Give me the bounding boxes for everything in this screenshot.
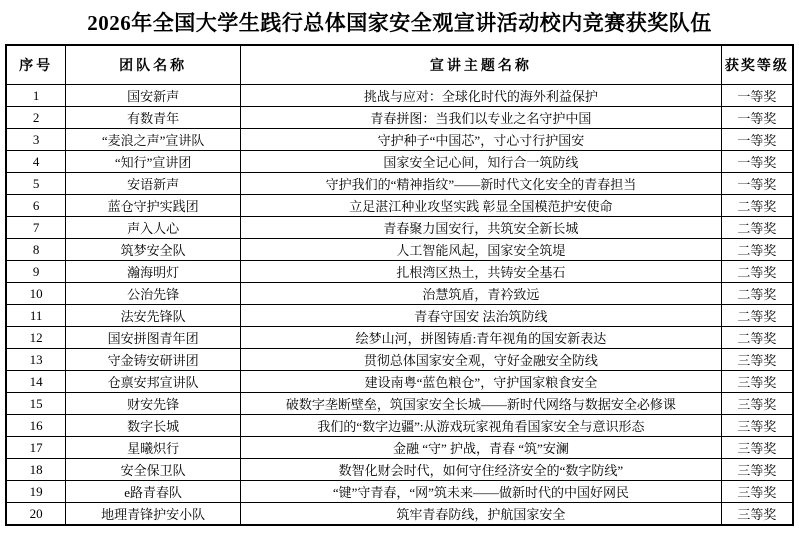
cell-team-name: 星曦炽行 xyxy=(66,437,241,459)
cell-serial-number: 4 xyxy=(6,151,66,173)
cell-award-level: 二等奖 xyxy=(721,283,793,305)
cell-serial-number: 3 xyxy=(6,129,66,151)
cell-team-name: 财安先锋 xyxy=(66,393,241,415)
cell-serial-number: 18 xyxy=(6,459,66,481)
cell-serial-number: 17 xyxy=(6,437,66,459)
table-body: 1国安新声挑战与应对：全球化时代的海外利益保护一等奖2有数青年青春拼图：当我们以… xyxy=(6,85,793,526)
page-title: 2026年全国大学生践行总体国家安全观宣讲活动校内竞赛获奖队伍 xyxy=(5,2,794,44)
cell-topic-name: 立足湛江种业攻坚实践 彰显全国模范护安使命 xyxy=(241,195,722,217)
cell-award-level: 一等奖 xyxy=(721,173,793,195)
cell-team-name: 国安拼图青年团 xyxy=(66,327,241,349)
cell-serial-number: 6 xyxy=(6,195,66,217)
cell-topic-name: “键”守青春，“网”筑未来——做新时代的中国好网民 xyxy=(241,481,722,503)
cell-serial-number: 5 xyxy=(6,173,66,195)
cell-topic-name: 治慧筑盾，青衿致远 xyxy=(241,283,722,305)
table-row: 7声入人心青春聚力国安行，共筑安全新长城二等奖 xyxy=(6,217,793,239)
cell-topic-name: 青春聚力国安行，共筑安全新长城 xyxy=(241,217,722,239)
cell-serial-number: 15 xyxy=(6,393,66,415)
cell-award-level: 三等奖 xyxy=(721,437,793,459)
cell-award-level: 二等奖 xyxy=(721,261,793,283)
cell-team-name: 国安新声 xyxy=(66,85,241,107)
table-row: 20地理青锋护安小队筑牢青春防线，护航国家安全三等奖 xyxy=(6,503,793,526)
table-row: 2有数青年青春拼图：当我们以专业之名守护中国一等奖 xyxy=(6,107,793,129)
cell-topic-name: 绘梦山河，拼图铸盾:青年视角的国安新表达 xyxy=(241,327,722,349)
cell-team-name: 数字长城 xyxy=(66,415,241,437)
cell-serial-number: 19 xyxy=(6,481,66,503)
cell-serial-number: 1 xyxy=(6,85,66,107)
cell-topic-name: 挑战与应对：全球化时代的海外利益保护 xyxy=(241,85,722,107)
cell-team-name: 蓝仓守护实践团 xyxy=(66,195,241,217)
cell-team-name: 有数青年 xyxy=(66,107,241,129)
cell-team-name: 法安先锋队 xyxy=(66,305,241,327)
cell-serial-number: 13 xyxy=(6,349,66,371)
col-header-team-name: 团队名称 xyxy=(66,45,241,85)
cell-serial-number: 7 xyxy=(6,217,66,239)
cell-team-name: 守金铸安研讲团 xyxy=(66,349,241,371)
cell-topic-name: 国家安全记心间，知行合一筑防线 xyxy=(241,151,722,173)
table-row: 5安语新声守护我们的“精神指纹”——新时代文化安全的青春担当一等奖 xyxy=(6,173,793,195)
cell-award-level: 一等奖 xyxy=(721,151,793,173)
table-row: 13守金铸安研讲团贯彻总体国家安全观，守好金融安全防线三等奖 xyxy=(6,349,793,371)
table-row: 4“知行”宣讲团国家安全记心间，知行合一筑防线一等奖 xyxy=(6,151,793,173)
cell-award-level: 二等奖 xyxy=(721,195,793,217)
cell-award-level: 二等奖 xyxy=(721,239,793,261)
col-header-topic-name: 宣讲主题名称 xyxy=(241,45,722,85)
cell-serial-number: 14 xyxy=(6,371,66,393)
table-row: 15财安先锋破数字垄断壁垒，筑国家安全长城——新时代网络与数据安全必修课三等奖 xyxy=(6,393,793,415)
cell-award-level: 三等奖 xyxy=(721,503,793,526)
table-row: 6蓝仓守护实践团立足湛江种业攻坚实践 彰显全国模范护安使命二等奖 xyxy=(6,195,793,217)
cell-topic-name: 守护我们的“精神指纹”——新时代文化安全的青春担当 xyxy=(241,173,722,195)
cell-team-name: 地理青锋护安小队 xyxy=(66,503,241,526)
table-row: 11法安先锋队青春守国安 法治筑防线二等奖 xyxy=(6,305,793,327)
cell-serial-number: 2 xyxy=(6,107,66,129)
cell-award-level: 一等奖 xyxy=(721,107,793,129)
cell-team-name: 瀚海明灯 xyxy=(66,261,241,283)
cell-serial-number: 8 xyxy=(6,239,66,261)
cell-topic-name: 筑牢青春防线，护航国家安全 xyxy=(241,503,722,526)
cell-serial-number: 16 xyxy=(6,415,66,437)
cell-topic-name: 我们的“数字边疆”:从游戏玩家视角看国家安全与意识形态 xyxy=(241,415,722,437)
table-row: 16数字长城我们的“数字边疆”:从游戏玩家视角看国家安全与意识形态三等奖 xyxy=(6,415,793,437)
cell-serial-number: 11 xyxy=(6,305,66,327)
cell-topic-name: 数智化财会时代，如何守住经济安全的“数字防线” xyxy=(241,459,722,481)
table-row: 8筑梦安全队人工智能风起，国家安全筑堤二等奖 xyxy=(6,239,793,261)
cell-team-name: 筑梦安全队 xyxy=(66,239,241,261)
table-row: 9瀚海明灯扎根湾区热土，共铸安全基石二等奖 xyxy=(6,261,793,283)
cell-topic-name: 建设南粤“蓝色粮仓”，守护国家粮食安全 xyxy=(241,371,722,393)
cell-award-level: 三等奖 xyxy=(721,459,793,481)
cell-award-level: 二等奖 xyxy=(721,217,793,239)
cell-topic-name: 青春守国安 法治筑防线 xyxy=(241,305,722,327)
cell-award-level: 三等奖 xyxy=(721,415,793,437)
cell-team-name: 公治先锋 xyxy=(66,283,241,305)
cell-serial-number: 12 xyxy=(6,327,66,349)
cell-award-level: 一等奖 xyxy=(721,129,793,151)
cell-topic-name: 守护种子“中国芯”，寸心寸行护国安 xyxy=(241,129,722,151)
cell-award-level: 三等奖 xyxy=(721,371,793,393)
cell-team-name: 声入人心 xyxy=(66,217,241,239)
cell-award-level: 二等奖 xyxy=(721,305,793,327)
cell-award-level: 二等奖 xyxy=(721,327,793,349)
table-row: 17星曦炽行金融 “守” 护战，青春 “筑”安澜三等奖 xyxy=(6,437,793,459)
cell-team-name: 安语新声 xyxy=(66,173,241,195)
cell-topic-name: 金融 “守” 护战，青春 “筑”安澜 xyxy=(241,437,722,459)
cell-team-name: 仓禀安邦宣讲队 xyxy=(66,371,241,393)
cell-topic-name: 青春拼图：当我们以专业之名守护中国 xyxy=(241,107,722,129)
table-row: 3“麦浪之声”宣讲队守护种子“中国芯”，寸心寸行护国安一等奖 xyxy=(6,129,793,151)
cell-team-name: 安全保卫队 xyxy=(66,459,241,481)
col-header-award-level: 获奖等级 xyxy=(721,45,793,85)
cell-team-name: “知行”宣讲团 xyxy=(66,151,241,173)
table-row: 12国安拼图青年团绘梦山河，拼图铸盾:青年视角的国安新表达二等奖 xyxy=(6,327,793,349)
awards-table: 序号 团队名称 宣讲主题名称 获奖等级 1国安新声挑战与应对：全球化时代的海外利… xyxy=(5,44,794,526)
cell-topic-name: 破数字垄断壁垒，筑国家安全长城——新时代网络与数据安全必修课 xyxy=(241,393,722,415)
cell-award-level: 一等奖 xyxy=(721,85,793,107)
cell-team-name: e路青春队 xyxy=(66,481,241,503)
cell-serial-number: 9 xyxy=(6,261,66,283)
cell-award-level: 三等奖 xyxy=(721,393,793,415)
table-row: 18安全保卫队数智化财会时代，如何守住经济安全的“数字防线”三等奖 xyxy=(6,459,793,481)
cell-topic-name: 贯彻总体国家安全观，守好金融安全防线 xyxy=(241,349,722,371)
col-header-serial-number: 序号 xyxy=(6,45,66,85)
cell-team-name: “麦浪之声”宣讲队 xyxy=(66,129,241,151)
cell-topic-name: 人工智能风起，国家安全筑堤 xyxy=(241,239,722,261)
table-row: 14仓禀安邦宣讲队建设南粤“蓝色粮仓”，守护国家粮食安全三等奖 xyxy=(6,371,793,393)
table-header-row: 序号 团队名称 宣讲主题名称 获奖等级 xyxy=(6,45,793,85)
cell-award-level: 三等奖 xyxy=(721,349,793,371)
table-row: 1国安新声挑战与应对：全球化时代的海外利益保护一等奖 xyxy=(6,85,793,107)
table-row: 19e路青春队“键”守青春，“网”筑未来——做新时代的中国好网民三等奖 xyxy=(6,481,793,503)
cell-serial-number: 20 xyxy=(6,503,66,526)
cell-award-level: 三等奖 xyxy=(721,481,793,503)
table-row: 10公治先锋治慧筑盾，青衿致远二等奖 xyxy=(6,283,793,305)
page: 2026年全国大学生践行总体国家安全观宣讲活动校内竞赛获奖队伍 序号 团队名称 … xyxy=(0,0,799,545)
cell-topic-name: 扎根湾区热土，共铸安全基石 xyxy=(241,261,722,283)
cell-serial-number: 10 xyxy=(6,283,66,305)
